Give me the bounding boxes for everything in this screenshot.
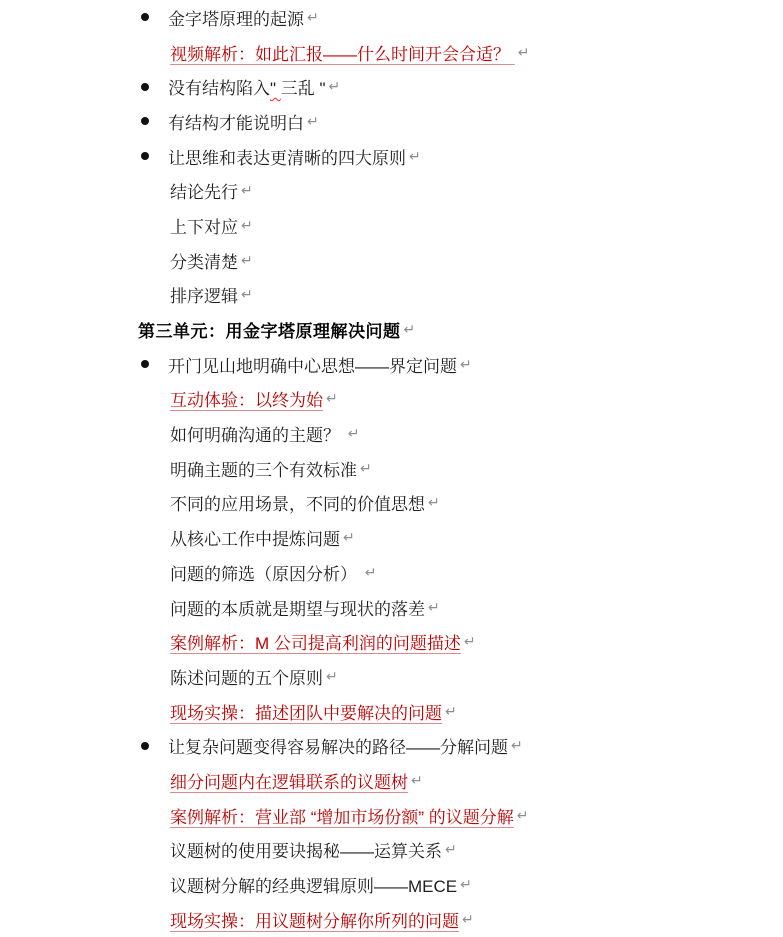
paragraph-mark-icon: ↵ bbox=[518, 44, 530, 61]
outline-sub-item: 现场实操：用议题树分解你所列的问题 ↵ bbox=[0, 902, 783, 937]
bullet-icon bbox=[141, 152, 149, 160]
line-text: 开门见山地明确中心思想——界定问题 bbox=[168, 352, 457, 377]
paragraph-mark-icon: ↵ bbox=[411, 772, 423, 789]
paragraph-mark-icon: ↵ bbox=[428, 494, 440, 511]
document-page: 金字塔原理的起源 ↵ 视频解析：如此汇报——什么时间开会合适？ ↵ 没有结构陷入… bbox=[0, 0, 783, 937]
line-text: 案例解析：M 公司提高利润的问题描述 bbox=[170, 629, 461, 654]
paragraph-mark-icon: ↵ bbox=[404, 321, 416, 338]
outline-bullet-item: 开门见山地明确中心思想——界定问题 ↵ bbox=[0, 347, 783, 382]
paragraph-mark-icon: ↵ bbox=[462, 911, 474, 928]
paragraph-mark-icon: ↵ bbox=[428, 599, 440, 616]
line-text: 现场实操：描述团队中要解决的问题 bbox=[170, 699, 442, 724]
line-text: 如何明确沟通的主题？ bbox=[170, 421, 345, 446]
line-text: 陈述问题的五个原则 bbox=[170, 664, 323, 689]
bullet-icon bbox=[141, 13, 149, 21]
outline-bullet-item: 没有结构陷入" 三乱 " ↵ bbox=[0, 69, 783, 104]
outline-sub-item: 上下对应 ↵ bbox=[0, 208, 783, 243]
paragraph-mark-icon: ↵ bbox=[409, 148, 421, 165]
paragraph-mark-icon: ↵ bbox=[241, 252, 253, 269]
line-text: 议题树的使用要诀揭秘——运算关系 bbox=[170, 837, 442, 862]
paragraph-mark-icon: ↵ bbox=[445, 841, 457, 858]
line-text: 没有结构陷入" 三乱 " bbox=[168, 74, 326, 99]
outline-sub-item: 议题树分解的经典逻辑原则——MECE ↵ bbox=[0, 867, 783, 902]
paragraph-mark-icon: ↵ bbox=[343, 529, 355, 546]
heading-text: 第三单元：用金字塔原理解决问题 bbox=[138, 317, 401, 342]
outline-sub-item: 陈述问题的五个原则 ↵ bbox=[0, 659, 783, 694]
paragraph-mark-icon: ↵ bbox=[329, 78, 341, 95]
outline-sub-item: 不同的应用场景，不同的价值思想 ↵ bbox=[0, 486, 783, 521]
paragraph-mark-icon: ↵ bbox=[365, 564, 377, 581]
outline-bullet-item: 有结构才能说明白 ↵ bbox=[0, 104, 783, 139]
paragraph-mark-icon: ↵ bbox=[326, 390, 338, 407]
paragraph-mark-icon: ↵ bbox=[517, 807, 529, 824]
paragraph-mark-icon: ↵ bbox=[445, 703, 457, 720]
paragraph-mark-icon: ↵ bbox=[307, 9, 319, 26]
line-text: 议题树分解的经典逻辑原则——MECE bbox=[170, 872, 457, 897]
line-text: 不同的应用场景，不同的价值思想 bbox=[170, 490, 425, 515]
line-text: 让复杂问题变得容易解决的路径——分解问题 bbox=[168, 733, 508, 758]
paragraph-mark-icon: ↵ bbox=[460, 356, 472, 373]
paragraph-mark-icon: ↵ bbox=[241, 217, 253, 234]
outline-sub-item: 排序逻辑 ↵ bbox=[0, 278, 783, 313]
outline-bullet-item: 让思维和表达更清晰的四大原则 ↵ bbox=[0, 139, 783, 174]
outline-sub-item: 现场实操：描述团队中要解决的问题 ↵ bbox=[0, 694, 783, 729]
line-text: 明确主题的三个有效标准 bbox=[170, 456, 357, 481]
outline-sub-item: 视频解析：如此汇报——什么时间开会合适？ ↵ bbox=[0, 35, 783, 70]
line-text-post: 三乱 " bbox=[281, 79, 326, 98]
line-text: 问题的本质就是期望与现状的落差 bbox=[170, 595, 425, 620]
line-text: 问题的筛选（原因分析） bbox=[170, 560, 362, 585]
line-text: 让思维和表达更清晰的四大原则 bbox=[168, 144, 406, 169]
outline-sub-item: 问题的本质就是期望与现状的落差 ↵ bbox=[0, 590, 783, 625]
paragraph-mark-icon: ↵ bbox=[241, 286, 253, 303]
section-heading: 第三单元：用金字塔原理解决问题 ↵ bbox=[0, 312, 783, 347]
paragraph-mark-icon: ↵ bbox=[511, 737, 523, 754]
paragraph-mark-icon: ↵ bbox=[464, 633, 476, 650]
outline-sub-item: 结论先行 ↵ bbox=[0, 173, 783, 208]
outline-sub-item: 明确主题的三个有效标准 ↵ bbox=[0, 451, 783, 486]
outline-sub-item: 从核心工作中提炼问题 ↵ bbox=[0, 520, 783, 555]
outline-sub-item: 案例解析：营业部 “增加市场份额” 的议题分解 ↵ bbox=[0, 798, 783, 833]
line-text-pre: 没有结构陷入 bbox=[168, 79, 270, 98]
paragraph-mark-icon: ↵ bbox=[348, 425, 360, 442]
line-text: 从核心工作中提炼问题 bbox=[170, 525, 340, 550]
line-text: 金字塔原理的起源 bbox=[168, 5, 304, 30]
outline-sub-item: 案例解析：M 公司提高利润的问题描述 ↵ bbox=[0, 624, 783, 659]
line-text: 有结构才能说明白 bbox=[168, 109, 304, 134]
paragraph-mark-icon: ↵ bbox=[307, 113, 319, 130]
paragraph-mark-icon: ↵ bbox=[326, 668, 338, 685]
outline-bullet-item: 让复杂问题变得容易解决的路径——分解问题 ↵ bbox=[0, 728, 783, 763]
line-text: 上下对应 bbox=[170, 213, 238, 238]
paragraph-mark-icon: ↵ bbox=[241, 182, 253, 199]
bullet-icon bbox=[141, 117, 149, 125]
bullet-icon bbox=[141, 742, 149, 750]
outline-sub-item: 互动体验：以终为始 ↵ bbox=[0, 382, 783, 417]
line-text: 案例解析：营业部 “增加市场份额” 的议题分解 bbox=[170, 803, 514, 828]
outline-sub-item: 如何明确沟通的主题？ ↵ bbox=[0, 416, 783, 451]
bullet-icon bbox=[141, 360, 149, 368]
outline-sub-item: 分类清楚 ↵ bbox=[0, 243, 783, 278]
outline-sub-item: 细分问题内在逻辑联系的议题树 ↵ bbox=[0, 763, 783, 798]
line-text: 分类清楚 bbox=[170, 248, 238, 273]
line-text: 结论先行 bbox=[170, 178, 238, 203]
spellcheck-squiggle: " bbox=[270, 79, 281, 98]
line-text: 视频解析：如此汇报——什么时间开会合适？ bbox=[170, 40, 515, 65]
outline-sub-item: 议题树的使用要诀揭秘——运算关系 ↵ bbox=[0, 833, 783, 868]
line-text: 现场实操：用议题树分解你所列的问题 bbox=[170, 907, 459, 932]
line-text: 细分问题内在逻辑联系的议题树 bbox=[170, 768, 408, 793]
outline-bullet-item: 金字塔原理的起源 ↵ bbox=[0, 0, 783, 35]
bullet-icon bbox=[141, 83, 149, 91]
line-text: 排序逻辑 bbox=[170, 282, 238, 307]
paragraph-mark-icon: ↵ bbox=[360, 460, 372, 477]
outline-sub-item: 问题的筛选（原因分析） ↵ bbox=[0, 555, 783, 590]
line-text: 互动体验：以终为始 bbox=[170, 386, 323, 411]
paragraph-mark-icon: ↵ bbox=[460, 876, 472, 893]
